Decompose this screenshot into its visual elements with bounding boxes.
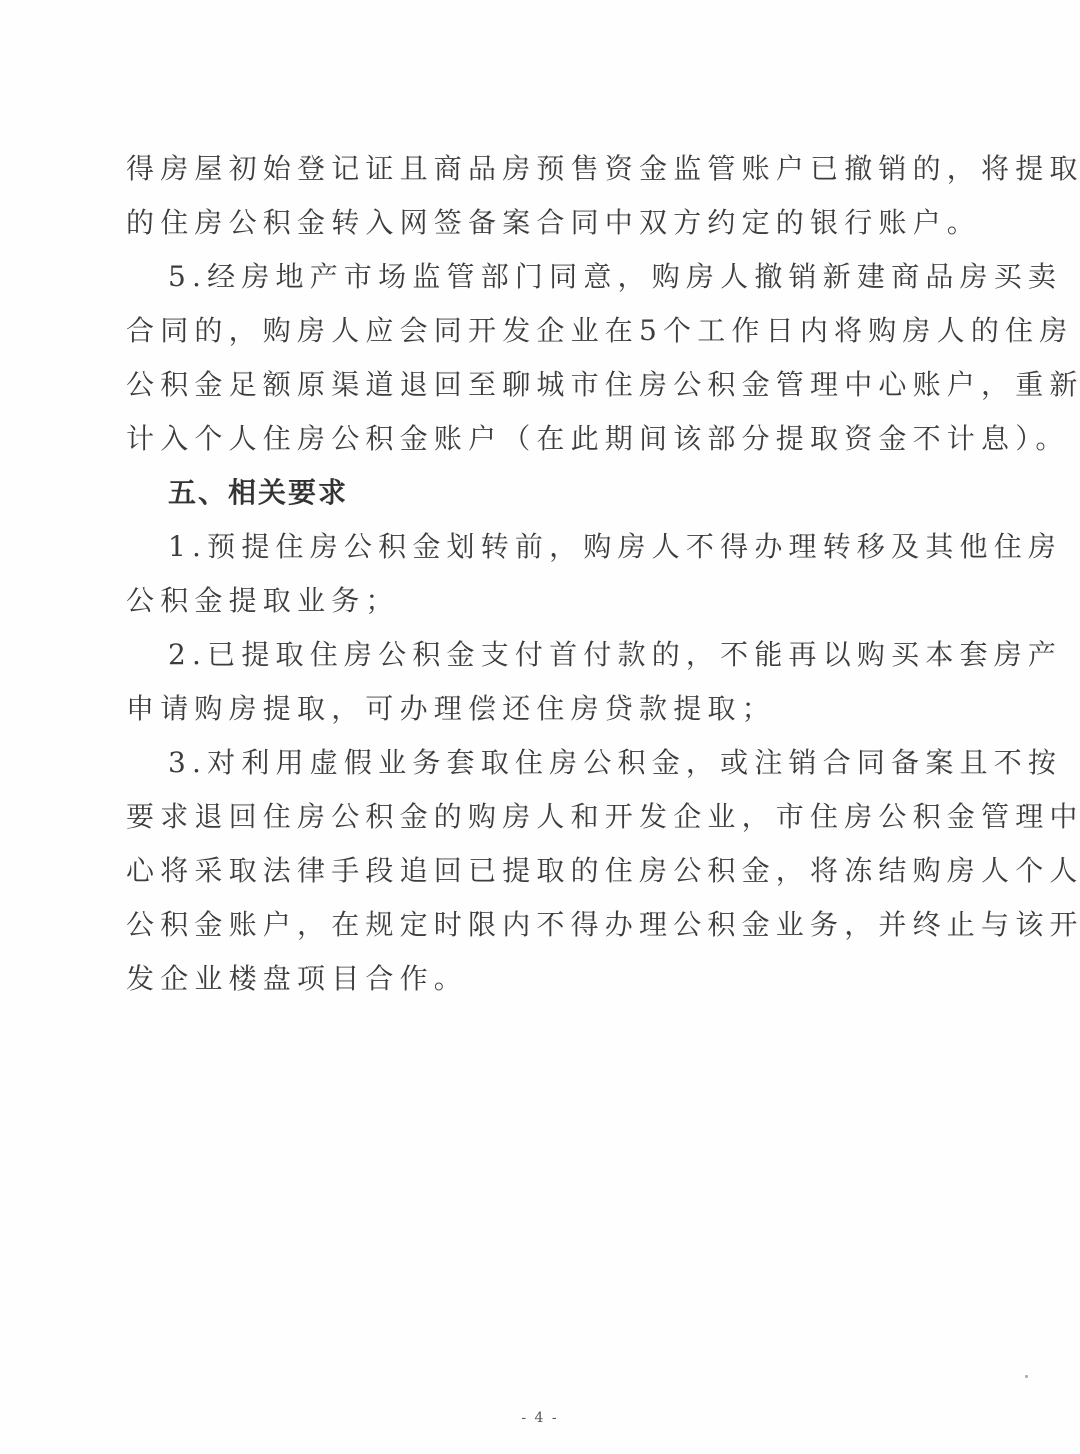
requirement-2-start: 2.已提取住房公积金支付首付款的，不能再以购买本套房产 <box>126 628 938 682</box>
document-page: 得房屋初始登记证且商品房预售资金监管账户已撤销的，将提取 的住房公积金转入网签备… <box>0 0 1080 1454</box>
text-line: 公积金足额原渠道退回至聊城市住房公积金管理中心账户，重新 <box>126 358 938 412</box>
requirement-1-start: 1.预提住房公积金划转前，购房人不得办理转移及其他住房 <box>126 520 938 574</box>
text-line: 的住房公积金转入网签备案合同中双方约定的银行账户。 <box>126 196 938 250</box>
text-line: 公积金账户，在规定时限内不得办理公积金业务，并终止与该开 <box>126 898 938 952</box>
text-line: 公积金提取业务； <box>126 574 938 628</box>
text-line: 计入个人住房公积金账户（在此期间该部分提取资金不计息）。 <box>126 412 938 466</box>
page-number: - 4 - <box>0 1410 1080 1426</box>
list-item-5-start: 5.经房地产市场监管部门同意，购房人撤销新建商品房买卖 <box>126 250 938 304</box>
text-line: 得房屋初始登记证且商品房预售资金监管账户已撤销的，将提取 <box>126 142 938 196</box>
text-line: 申请购房提取，可办理偿还住房贷款提取； <box>126 682 938 736</box>
text-line: 心将采取法律手段追回已提取的住房公积金，将冻结购房人个人 <box>126 844 938 898</box>
requirement-3-start: 3.对利用虚假业务套取住房公积金，或注销合同备案且不按 <box>126 736 938 790</box>
section-heading: 五、相关要求 <box>126 466 938 520</box>
text-line: 要求退回住房公积金的购房人和开发企业，市住房公积金管理中 <box>126 790 938 844</box>
scan-artifact <box>1025 1375 1028 1378</box>
text-line: 发企业楼盘项目合作。 <box>126 952 938 1006</box>
document-body: 得房屋初始登记证且商品房预售资金监管账户已撤销的，将提取 的住房公积金转入网签备… <box>126 142 938 1006</box>
text-line: 合同的，购房人应会同开发企业在5个工作日内将购房人的住房 <box>126 304 938 358</box>
